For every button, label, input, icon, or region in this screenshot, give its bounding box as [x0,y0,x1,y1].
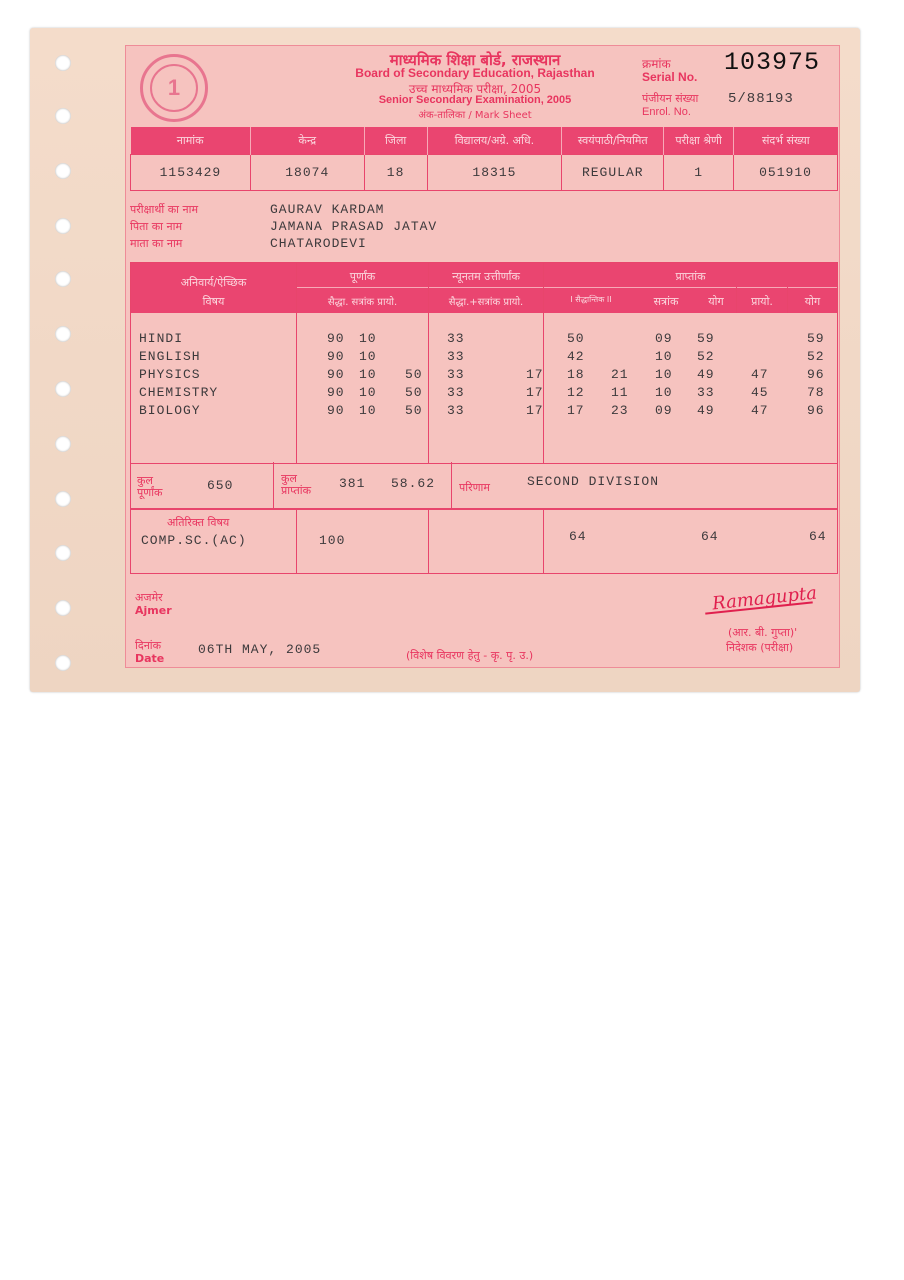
header-min-pass: न्यूनतम उत्तीर्णांक [429,269,543,284]
punch-hole [55,436,71,452]
sessional: 10 [655,385,673,400]
additional-obtained: 64 [569,529,587,544]
signatory-title: निदेशक (परीक्षा) [726,642,793,654]
result-label: परिणाम [459,482,490,494]
serial-number: 103975 [724,48,820,77]
marks-rows: HINDI 90 10 33 50 09 59 59 ENGLISH 90 10… [131,331,839,421]
theory-2: 23 [611,403,629,418]
date-label-hindi: दिनांक [135,640,161,652]
max-theory: 90 [327,331,345,346]
sum: 52 [697,349,715,364]
punch-hole [55,55,71,71]
subject-name: BIOLOGY [139,403,201,418]
punch-hole [55,108,71,124]
subject-name: ENGLISH [139,349,201,364]
document-type: अंक-तालिका / Mark Sheet [330,107,620,121]
additional-subject-name: COMP.SC.(AC) [141,533,247,548]
min-theory: 33 [447,331,465,346]
header-subject-type: अनिवार्य/ऐच्छिक [131,275,296,290]
header-candidate-type: स्वयंपाठी/नियमित [562,127,664,154]
min-practical: 17 [526,385,544,400]
reference-no: 051910 [734,154,838,190]
punch-hole [55,491,71,507]
total: 96 [807,403,825,418]
additional-subject-label: अतिरिक्त विषय [167,517,229,529]
theory-1: 12 [567,385,585,400]
table-row: HINDI 90 10 33 50 09 59 59 [131,331,839,349]
candidate-names: परीक्षार्थी का नामGAURAV KARDAM पिता का … [130,201,437,252]
min-theory: 33 [447,349,465,364]
theory-1: 42 [567,349,585,364]
enrol-label: Enrol. No. [642,106,691,118]
marks-table: अनिवार्य/ऐच्छिक विषय पूर्णांक सैद्धा. सत… [130,262,838,464]
board-name-english: Board of Secondary Education, Rajasthan [330,66,620,80]
header-exam-category: परीक्षा श्रेणी [664,127,734,154]
punch-hole [55,600,71,616]
signatory-name: (आर. बी. गुप्ता)' [728,627,797,639]
issue-date: 06TH MAY, 2005 [198,642,321,657]
table-row: CHEMISTRY 90 10 50 33 17 12 11 10 33 45 … [131,385,839,403]
date-label: Date [135,653,164,665]
total: 52 [807,349,825,364]
header-obtained: प्राप्तांक [544,269,837,284]
footer-note: (विशेष विवरण हेतु - कृ. पृ. उ.) [406,650,533,662]
table-row: BIOLOGY 90 10 50 33 17 17 23 09 49 47 96 [131,403,839,421]
punch-hole [55,655,71,671]
serial-label: Serial No. [642,70,697,84]
punch-hole [55,163,71,179]
header-subject: विषय [131,294,296,309]
max-sessional: 10 [359,403,377,418]
sessional: 10 [655,349,673,364]
subject-name: PHYSICS [139,367,201,382]
min-practical: 17 [526,403,544,418]
place-english: Ajmer [135,605,172,617]
header-min-pass-sub: सैद्धा.+सत्रांक प्रायो. [429,294,543,308]
sum: 33 [697,385,715,400]
subject-name: CHEMISTRY [139,385,218,400]
additional-subject-row: अतिरिक्त विषय COMP.SC.(AC) 100 64 64 64 [130,508,838,574]
candidate-type: REGULAR [562,154,664,190]
total: 96 [807,367,825,382]
enrol-label-hindi: पंजीयन संख्या [642,91,698,106]
additional-sum: 64 [701,529,719,544]
max-practical: 50 [405,385,423,400]
centre: 18074 [250,154,364,190]
candidate-info-table: नामांक केन्द्र जिला विद्यालय/अग्रे. अधि.… [130,127,838,191]
additional-max: 100 [319,533,345,548]
sum: 49 [697,403,715,418]
total: 59 [807,331,825,346]
enrol-number: 5/88193 [728,91,794,107]
header-centre: केन्द्र [250,127,364,154]
total-max-value: 650 [207,478,233,493]
sessional: 09 [655,331,673,346]
header-roll-no: नामांक [131,127,251,154]
max-sessional: 10 [359,385,377,400]
punch-hole [55,326,71,342]
candidate-name-label: परीक्षार्थी का नाम [130,202,270,217]
board-seal-logo-icon: 1 [140,54,208,122]
max-theory: 90 [327,367,345,382]
max-theory: 90 [327,385,345,400]
max-theory: 90 [327,349,345,364]
header-sessional: सत्रांक [641,294,691,309]
theory-1: 17 [567,403,585,418]
theory-1: 50 [567,331,585,346]
header-school: विद्यालय/अग्रे. अधि. [427,127,562,154]
place-hindi: अजमेर [135,592,163,604]
header-reference-no: संदर्भ संख्या [734,127,838,154]
school-code: 18315 [427,154,562,190]
mother-name-label: माता का नाम [130,236,270,251]
min-practical: 17 [526,367,544,382]
percentage: 58.62 [391,476,435,491]
header-district: जिला [364,127,427,154]
min-theory: 33 [447,385,465,400]
punch-hole [55,545,71,561]
max-practical: 50 [405,367,423,382]
subject-name: HINDI [139,331,183,346]
theory-2: 21 [611,367,629,382]
exam-name-english: Senior Secondary Examination, 2005 [330,94,620,106]
punch-hole [55,381,71,397]
practical: 47 [751,367,769,382]
sessional: 10 [655,367,673,382]
min-theory: 33 [447,403,465,418]
punch-hole [55,271,71,287]
max-sessional: 10 [359,367,377,382]
total-obtained-label-2: प्राप्तांक [281,485,311,497]
table-row: ENGLISH 90 10 33 42 10 52 52 [131,349,839,367]
result-value: SECOND DIVISION [527,474,659,489]
max-sessional: 10 [359,349,377,364]
theory-1: 18 [567,367,585,382]
header-grand-total: योग [788,294,837,309]
header-max-marks: पूर्णांक [297,269,428,284]
father-name: JAMANA PRASAD JATAV [270,219,437,234]
header-sum: योग [696,294,736,309]
sessional: 09 [655,403,673,418]
theory-2: 11 [611,385,629,400]
district: 18 [364,154,427,190]
roll-no: 1153429 [131,154,251,190]
practical: 45 [751,385,769,400]
father-name-label: पिता का नाम [130,219,270,234]
table-row: PHYSICS 90 10 50 33 17 18 21 10 49 47 96 [131,367,839,385]
total: 78 [807,385,825,400]
mother-name: CHATARODEVI [270,236,367,251]
additional-total: 64 [809,529,827,544]
max-sessional: 10 [359,331,377,346]
exam-category: 1 [664,154,734,190]
sum: 59 [697,331,715,346]
min-theory: 33 [447,367,465,382]
header-practical: प्रायो. [737,294,787,309]
max-practical: 50 [405,403,423,418]
header-theory: I सैद्धान्तिक II [551,294,631,305]
max-theory: 90 [327,403,345,418]
total-obtained-value: 381 [339,476,365,491]
punch-hole [55,218,71,234]
practical: 47 [751,403,769,418]
total-max-label-2: पूर्णांक [137,487,163,499]
totals-row: कुल पूर्णांक 650 कुल प्राप्तांक 381 58.6… [130,462,838,510]
sum: 49 [697,367,715,382]
header-max-marks-sub: सैद्धा. सत्रांक प्रायो. [297,294,428,308]
candidate-name: GAURAV KARDAM [270,202,384,217]
